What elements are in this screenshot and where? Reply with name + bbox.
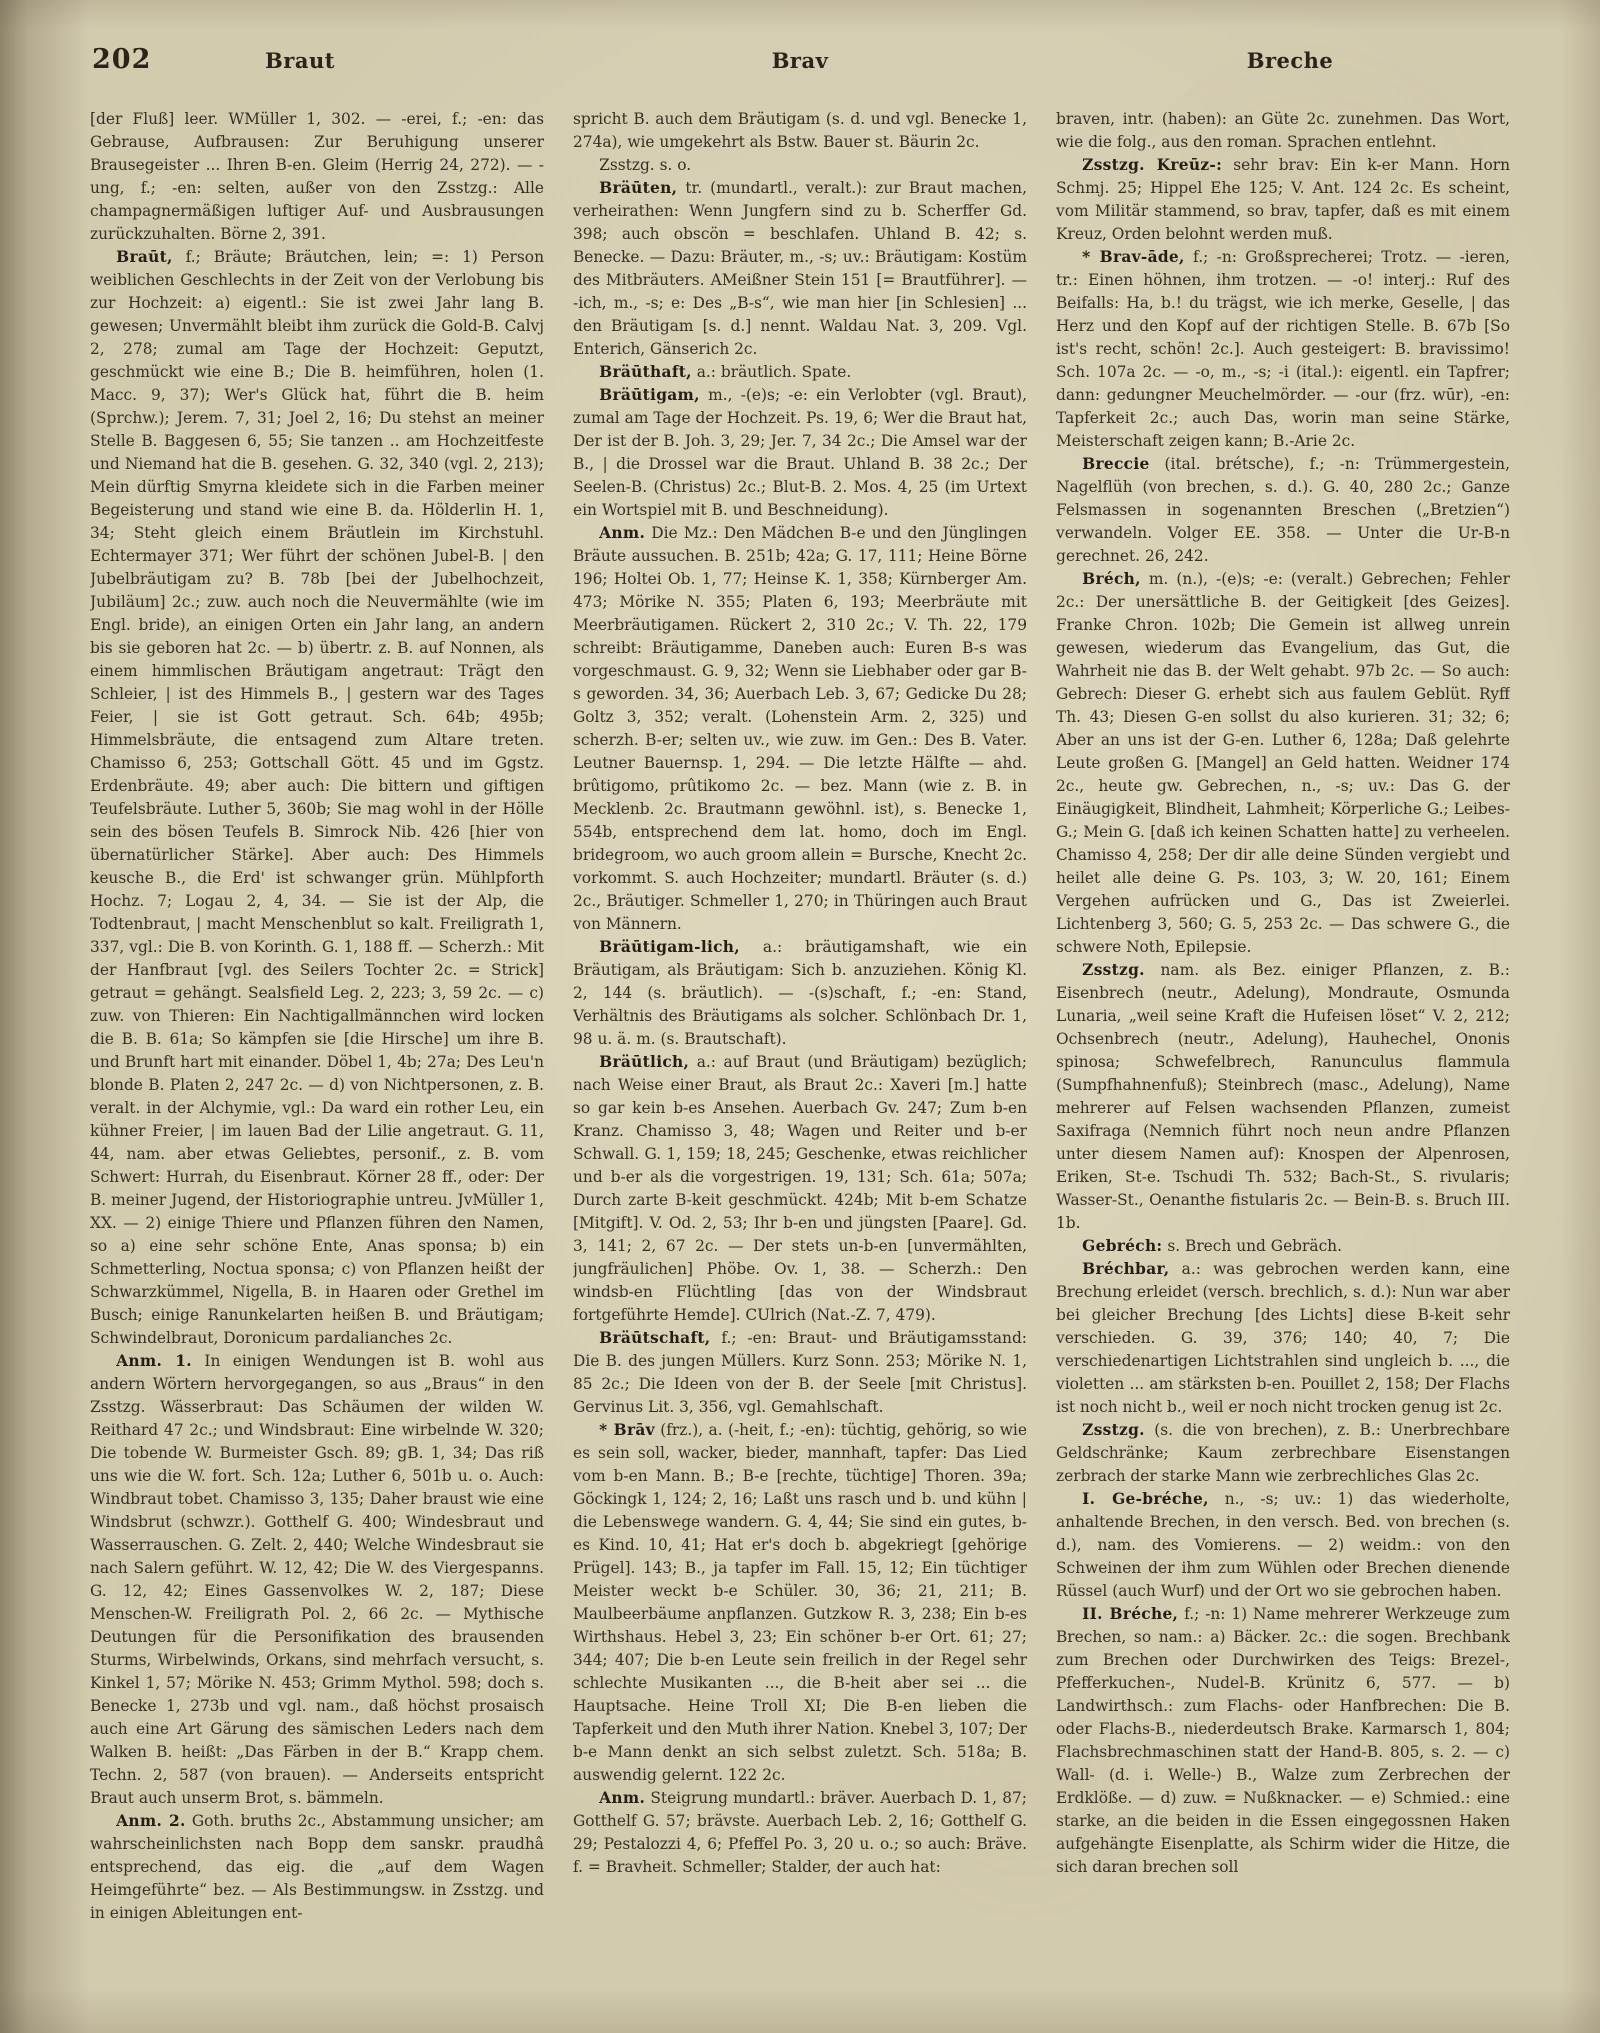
entry-paragraph: [der Fluß] leer. WMüller 1, 302. — -erei…: [90, 108, 544, 246]
entry-text: nam. als Bez. einiger Pflanzen, z. B.: E…: [1056, 961, 1510, 1232]
entry-paragraph: * Brav-āde, f.; -n: Großsprecherei; Trot…: [1056, 246, 1510, 453]
entry-headword: Bréchbar,: [1082, 1260, 1169, 1278]
entry-paragraph: spricht B. auch dem Bräutigam (s. d. und…: [573, 108, 1027, 154]
entry-text: m. (n.), -(e)s; -e: (veralt.) Gebrechen;…: [1056, 570, 1510, 956]
entry-paragraph: I. Ge-bréche, n., -s; uv.: 1) das wieder…: [1056, 1488, 1510, 1603]
column-3: braven, intr. (haben): an Güte 2c. zuneh…: [1056, 108, 1510, 2008]
running-head-left: Braut: [265, 48, 335, 73]
entry-paragraph: Bréch, m. (n.), -(e)s; -e: (veralt.) Geb…: [1056, 568, 1510, 959]
entry-headword: Bräūten,: [599, 179, 677, 197]
entry-paragraph: Bréchbar, a.: was gebrochen werden kann,…: [1056, 1258, 1510, 1419]
entry-paragraph: Zsstzg. s. o.: [573, 154, 1027, 177]
entry-paragraph: Breccie (ital. brétsche), f.; -n: Trümme…: [1056, 453, 1510, 568]
entry-headword: Bräūtigam-lich,: [599, 938, 740, 956]
entry-text: Zsstzg. s. o.: [599, 156, 691, 174]
entry-headword: Zsstzg.: [1082, 1421, 1145, 1439]
entry-text: a.: auf Braut (und Bräutigam) bezüglich;…: [573, 1053, 1027, 1324]
entry-paragraph: Zsstzg. nam. als Bez. einiger Pflanzen, …: [1056, 959, 1510, 1235]
entry-text: f.; Bräute; Bräutchen, lein; =: 1) Perso…: [90, 248, 544, 1347]
entry-headword: Breccie: [1082, 455, 1149, 473]
entry-paragraph: Anm. Die Mz.: Den Mädchen B-e und den Jü…: [573, 522, 1027, 936]
entry-paragraph: Bräūthaft, a.: bräutlich. Spate.: [573, 361, 1027, 384]
entry-headword: Braūt,: [116, 248, 173, 266]
page-number: 202: [92, 44, 151, 75]
entry-text: braven, intr. (haben): an Güte 2c. zuneh…: [1056, 110, 1510, 151]
page-header: 202 Braut Brav Breche: [0, 44, 1600, 84]
entry-headword: Bräūtlich,: [599, 1053, 689, 1071]
entry-headword: Bréch,: [1082, 570, 1141, 588]
entry-paragraph: II. Bréche, f.; -n: 1) Name mehrerer Wer…: [1056, 1603, 1510, 1879]
entry-paragraph: * Brāv (frz.), a. (-heit, f.; -en): tüch…: [573, 1419, 1027, 1787]
entry-paragraph: Braūt, f.; Bräute; Bräutchen, lein; =: 1…: [90, 246, 544, 1350]
entry-paragraph: Bräūten, tr. (mundartl., veralt.): zur B…: [573, 177, 1027, 361]
entry-headword: * Brav-āde,: [1082, 248, 1185, 266]
text-columns: [der Fluß] leer. WMüller 1, 302. — -erei…: [90, 108, 1510, 2008]
entry-paragraph: Gebréch: s. Brech und Gebräch.: [1056, 1235, 1510, 1258]
entry-headword: Bräūtschaft,: [599, 1329, 710, 1347]
entry-headword: Zsstzg. Kreūz-:: [1082, 156, 1222, 174]
column-1: [der Fluß] leer. WMüller 1, 302. — -erei…: [90, 108, 544, 2008]
entry-text: spricht B. auch dem Bräutigam (s. d. und…: [573, 110, 1027, 151]
entry-paragraph: Bräūtlich, a.: auf Braut (und Bräutigam)…: [573, 1051, 1027, 1327]
entry-text: tr. (mundartl., veralt.): zur Braut mach…: [573, 179, 1027, 358]
entry-text: Die Mz.: Den Mädchen B-e und den Jünglin…: [573, 524, 1027, 933]
entry-text: In einigen Wendungen ist B. wohl aus and…: [90, 1352, 544, 1807]
entry-headword: Anm. 2.: [116, 1812, 186, 1830]
entry-text: a.: bräutlich. Spate.: [697, 363, 852, 381]
entry-text: m., -(e)s; -e: ein Verlobter (vgl. Braut…: [573, 386, 1027, 519]
entry-paragraph: braven, intr. (haben): an Güte 2c. zuneh…: [1056, 108, 1510, 154]
entry-headword: Zsstzg.: [1082, 961, 1145, 979]
entry-paragraph: Bräūtschaft, f.; -en: Braut- und Bräutig…: [573, 1327, 1027, 1419]
entry-text: s. Brech und Gebräch.: [1167, 1237, 1342, 1255]
entry-paragraph: Bräūtigam, m., -(e)s; -e: ein Verlobter …: [573, 384, 1027, 522]
entry-paragraph: Zsstzg. (s. die von brechen), z. B.: Une…: [1056, 1419, 1510, 1488]
entry-text: f.; -n: 1) Name mehrerer Werkzeuge zum B…: [1056, 1605, 1510, 1876]
entry-headword: II. Bréche,: [1082, 1605, 1178, 1623]
running-head-right: Breche: [1247, 48, 1334, 73]
entry-text: [der Fluß] leer. WMüller 1, 302. — -erei…: [90, 110, 544, 243]
entry-paragraph: Zsstzg. Kreūz-: sehr brav: Ein k-er Mann…: [1056, 154, 1510, 246]
entry-headword: I. Ge-bréche,: [1082, 1490, 1209, 1508]
entry-headword: * Brāv: [599, 1421, 655, 1439]
entry-headword: Bräūtigam,: [599, 386, 700, 404]
entry-paragraph: Bräūtigam-lich, a.: bräutigamshaft, wie …: [573, 936, 1027, 1051]
running-head-center: Brav: [772, 48, 829, 73]
entry-paragraph: Anm. Steigrung mundartl.: bräver. Auerba…: [573, 1787, 1027, 1879]
entry-headword: Anm.: [599, 524, 645, 542]
entry-paragraph: Anm. 1. In einigen Wendungen ist B. wohl…: [90, 1350, 544, 1810]
entry-text: (frz.), a. (-heit, f.; -en): tüchtig, ge…: [573, 1421, 1027, 1784]
entry-text: f.; -n: Großsprecherei; Trotz. — -ieren,…: [1056, 248, 1510, 450]
entry-headword: Anm.: [599, 1789, 645, 1807]
column-2: spricht B. auch dem Bräutigam (s. d. und…: [573, 108, 1027, 2008]
entry-headword: Anm. 1.: [116, 1352, 192, 1370]
entry-paragraph: Anm. 2. Goth. bruths 2c., Abstammung uns…: [90, 1810, 544, 1925]
entry-text: a.: was gebrochen werden kann, eine Brec…: [1056, 1260, 1510, 1416]
entry-headword: Bräūthaft,: [599, 363, 692, 381]
entry-headword: Gebréch:: [1082, 1237, 1162, 1255]
